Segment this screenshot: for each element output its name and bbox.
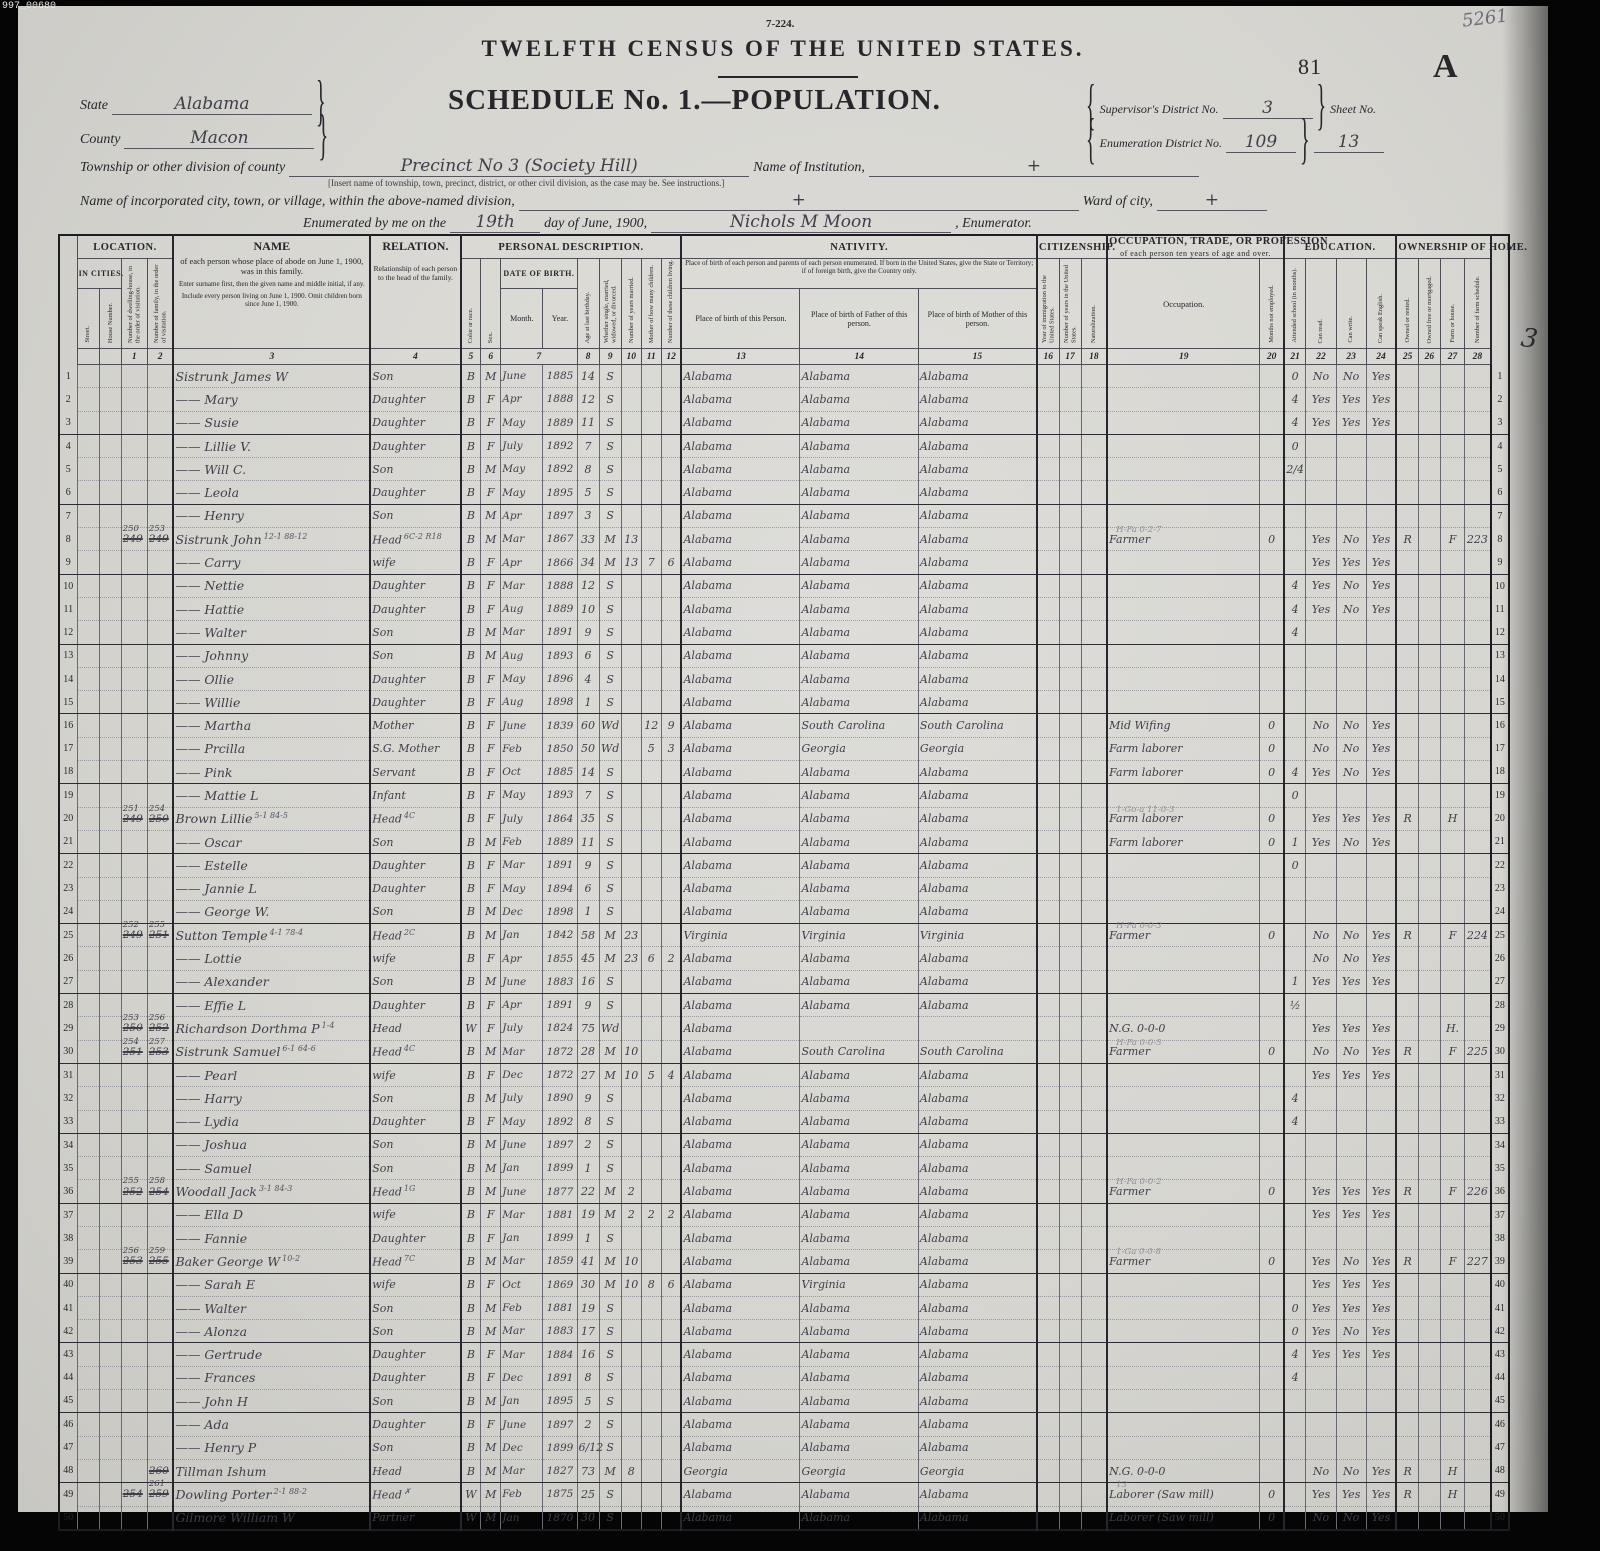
cell-color: B bbox=[461, 365, 481, 388]
cell-birthplace-person: Alabama bbox=[681, 737, 799, 760]
ward-label: Ward of city, bbox=[1083, 194, 1153, 209]
cell-age: 8 bbox=[577, 1366, 599, 1389]
col-header-age: Age at last birthday. bbox=[577, 259, 599, 349]
cell-name: —— Hattie bbox=[173, 597, 370, 620]
row-number-left: 8 bbox=[59, 528, 77, 551]
cell-months-not-employed bbox=[1260, 1436, 1284, 1459]
cell-owned-free bbox=[1418, 1296, 1440, 1319]
col-header-occupation-group: OCCUPATION, TRADE, OR PROFESSION of each… bbox=[1107, 235, 1284, 259]
cell-occupation bbox=[1107, 947, 1260, 970]
cell-dwelling-number bbox=[121, 1110, 147, 1133]
cell-owned-free bbox=[1418, 1087, 1440, 1110]
cell-name: —— Lottie bbox=[173, 947, 370, 970]
cell-birthplace-person: Alabama bbox=[681, 1483, 799, 1506]
cell-months-not-employed bbox=[1260, 1203, 1284, 1226]
cell-farm-schedule bbox=[1465, 1017, 1491, 1040]
cell-family-number bbox=[147, 1296, 173, 1319]
row-number-right: 1 bbox=[1491, 365, 1509, 388]
column-number: 13 bbox=[681, 349, 799, 365]
col-header-can-speak-english: Can speak English. bbox=[1366, 259, 1396, 349]
cell-age: 19 bbox=[577, 1296, 599, 1319]
cell-years-married bbox=[621, 504, 641, 527]
cell-months-not-employed bbox=[1260, 644, 1284, 667]
table-row: 48260Tillman IshumHeadBMMar182773M8Georg… bbox=[59, 1459, 1509, 1482]
cell-birthplace-person: Alabama bbox=[681, 388, 799, 411]
cell-farm-schedule bbox=[1465, 691, 1491, 714]
cell-children-living bbox=[661, 644, 681, 667]
cell-farm-schedule bbox=[1465, 1063, 1491, 1086]
cell-children-living bbox=[661, 877, 681, 900]
cell-relation: Son bbox=[370, 365, 460, 388]
cell-relation: Daughter bbox=[370, 1343, 460, 1366]
cell-birthplace-person: Alabama bbox=[681, 1133, 799, 1156]
cell-color: B bbox=[461, 667, 481, 690]
cell-can-read bbox=[1306, 784, 1336, 807]
cell-farm-or-house bbox=[1440, 1506, 1464, 1530]
cell-sex: M bbox=[481, 1040, 501, 1063]
schedule-title: SCHEDULE No. 1.—POPULATION. bbox=[448, 84, 941, 117]
cell-children-living bbox=[661, 1390, 681, 1413]
cell-birth-year: 1898 bbox=[543, 691, 577, 714]
cell-can-write: No bbox=[1336, 947, 1366, 970]
cell-relation: Son bbox=[370, 1296, 460, 1319]
cell-naturalization bbox=[1081, 458, 1107, 481]
cell-dwelling-number bbox=[121, 1506, 147, 1530]
cell-naturalization bbox=[1081, 411, 1107, 434]
population-schedule-table: LOCATION. NAME of each person whose plac… bbox=[58, 234, 1510, 1531]
cell-birth-year: 1883 bbox=[543, 1320, 577, 1343]
row-number-right: 8 bbox=[1491, 528, 1509, 551]
cell-family-number bbox=[147, 947, 173, 970]
row-number-right: 33 bbox=[1491, 1110, 1509, 1133]
cell-color: B bbox=[461, 574, 481, 597]
column-number: 16 bbox=[1037, 349, 1059, 365]
cell-naturalization bbox=[1081, 1110, 1107, 1133]
pencil-scribble: 5261 bbox=[1461, 5, 1509, 31]
cell-children-living: 9 bbox=[661, 714, 681, 737]
cell-birth-month: Oct bbox=[501, 761, 543, 784]
cell-marital: S bbox=[599, 994, 621, 1017]
cell-farm-schedule bbox=[1465, 737, 1491, 760]
cell-street bbox=[77, 597, 99, 620]
cell-years-in-us bbox=[1059, 1087, 1081, 1110]
row-number-left: 21 bbox=[59, 830, 77, 853]
cell-owned-free bbox=[1418, 994, 1440, 1017]
cell-birthplace-mother: Alabama bbox=[918, 1250, 1037, 1273]
cell-age: 28 bbox=[577, 1040, 599, 1063]
cell-can-write bbox=[1336, 1157, 1366, 1180]
cell-can-speak-english bbox=[1366, 667, 1396, 690]
cell-can-speak-english: Yes bbox=[1366, 1320, 1396, 1343]
cell-months-not-employed bbox=[1260, 1063, 1284, 1086]
cell-months-not-employed bbox=[1260, 434, 1284, 457]
cell-owned-or-rented bbox=[1396, 1157, 1418, 1180]
cell-children-living: 6 bbox=[661, 551, 681, 574]
cell-can-read bbox=[1306, 877, 1336, 900]
col-header-year: Year. bbox=[543, 289, 577, 349]
column-number: 21 bbox=[1284, 349, 1306, 365]
cell-years-in-us bbox=[1059, 644, 1081, 667]
cell-months-not-employed bbox=[1260, 970, 1284, 993]
row-number-left: 49 bbox=[59, 1483, 77, 1506]
cell-sex: F bbox=[481, 784, 501, 807]
cell-name: —— Leola bbox=[173, 481, 370, 504]
cell-years-in-us bbox=[1059, 365, 1081, 388]
cell-house-number bbox=[99, 458, 121, 481]
cell-relation: Head bbox=[370, 1459, 460, 1482]
cell-birthplace-father: Alabama bbox=[800, 784, 918, 807]
cell-owned-free bbox=[1418, 1203, 1440, 1226]
cell-farm-schedule bbox=[1465, 597, 1491, 620]
cell-owned-free bbox=[1418, 900, 1440, 923]
cell-birthplace-person: Alabama bbox=[681, 597, 799, 620]
cell-family-number bbox=[147, 1436, 173, 1459]
cell-attended-school bbox=[1284, 551, 1306, 574]
row-number-left: 6 bbox=[59, 481, 77, 504]
cell-can-read: Yes bbox=[1306, 761, 1336, 784]
cell-immigration-year bbox=[1037, 1226, 1059, 1249]
cell-birth-month: Mar bbox=[501, 1040, 543, 1063]
cell-farm-or-house bbox=[1440, 1296, 1464, 1319]
cell-years-in-us bbox=[1059, 830, 1081, 853]
cell-house-number bbox=[99, 1063, 121, 1086]
cell-farm-schedule bbox=[1465, 970, 1491, 993]
cell-children-living: 6 bbox=[661, 1273, 681, 1296]
cell-birthplace-mother: Alabama bbox=[918, 947, 1037, 970]
cell-owned-free bbox=[1418, 854, 1440, 877]
cell-birthplace-father: Alabama bbox=[800, 1413, 918, 1436]
cell-dwelling-number bbox=[121, 597, 147, 620]
row-number-left: 23 bbox=[59, 877, 77, 900]
cell-can-write bbox=[1336, 1413, 1366, 1436]
cell-house-number bbox=[99, 644, 121, 667]
cell-name: Richardson Dorthma P1-4 bbox=[173, 1017, 370, 1040]
cell-attended-school: 4 bbox=[1284, 411, 1306, 434]
row-number-left: 30 bbox=[59, 1040, 77, 1063]
cell-name: Sutton Temple4-1 78-4 bbox=[173, 924, 370, 947]
cell-can-speak-english: Yes bbox=[1366, 551, 1396, 574]
cell-children-living bbox=[661, 807, 681, 830]
cell-can-speak-english: Yes bbox=[1366, 597, 1396, 620]
col-header-nativity: NATIVITY. bbox=[681, 235, 1036, 259]
cell-can-write bbox=[1336, 644, 1366, 667]
cell-relation: wife bbox=[370, 1273, 460, 1296]
cell-can-speak-english bbox=[1366, 1413, 1396, 1436]
cell-birthplace-father: Georgia bbox=[800, 1459, 918, 1482]
cell-immigration-year bbox=[1037, 1320, 1059, 1343]
cell-months-not-employed bbox=[1260, 667, 1284, 690]
cell-owned-or-rented bbox=[1396, 784, 1418, 807]
cell-months-not-employed bbox=[1260, 1133, 1284, 1156]
cell-relation: Daughter bbox=[370, 411, 460, 434]
cell-years-married bbox=[621, 1017, 641, 1040]
cell-mother-of: 7 bbox=[641, 551, 661, 574]
cell-naturalization bbox=[1081, 365, 1107, 388]
column-number: 25 bbox=[1396, 349, 1418, 365]
cell-years-in-us bbox=[1059, 481, 1081, 504]
cell-occupation: H-Fa 0-0-5Farmer bbox=[1107, 1040, 1260, 1063]
cell-immigration-year bbox=[1037, 1180, 1059, 1203]
cell-color: B bbox=[461, 1459, 481, 1482]
cell-family-number bbox=[147, 970, 173, 993]
cell-birth-month: June bbox=[501, 365, 543, 388]
cell-can-read: No bbox=[1306, 1040, 1336, 1063]
cell-street bbox=[77, 924, 99, 947]
column-number: 14 bbox=[800, 349, 918, 365]
cell-naturalization bbox=[1081, 924, 1107, 947]
cell-birth-year: 1842 bbox=[543, 924, 577, 947]
cell-farm-or-house bbox=[1440, 644, 1464, 667]
row-number-right: 34 bbox=[1491, 1133, 1509, 1156]
cell-mother-of bbox=[641, 1436, 661, 1459]
column-number: 20 bbox=[1260, 349, 1284, 365]
cell-farm-or-house bbox=[1440, 994, 1464, 1017]
cell-name: —— John H bbox=[173, 1390, 370, 1413]
cell-color: B bbox=[461, 1226, 481, 1249]
cell-family-number bbox=[147, 551, 173, 574]
cell-years-in-us bbox=[1059, 551, 1081, 574]
cell-birthplace-father: Alabama bbox=[800, 434, 918, 457]
row-number-right: 38 bbox=[1491, 1226, 1509, 1249]
cell-birthplace-father: Alabama bbox=[800, 970, 918, 993]
cell-immigration-year bbox=[1037, 1110, 1059, 1133]
cell-birthplace-mother: Alabama bbox=[918, 1413, 1037, 1436]
cell-name: —— Henry P bbox=[173, 1436, 370, 1459]
cell-age: 4 bbox=[577, 667, 599, 690]
cell-farm-schedule bbox=[1465, 1413, 1491, 1436]
cell-dwelling-number bbox=[121, 551, 147, 574]
col-header-dwelling-number: Number of dwelling-house, in the order o… bbox=[121, 259, 147, 349]
cell-months-not-employed: 0 bbox=[1260, 924, 1284, 947]
cell-age: 22 bbox=[577, 1180, 599, 1203]
cell-family-number bbox=[147, 761, 173, 784]
cell-naturalization bbox=[1081, 1273, 1107, 1296]
cell-birth-month: Jan bbox=[501, 1157, 543, 1180]
cell-naturalization bbox=[1081, 1087, 1107, 1110]
cell-house-number bbox=[99, 528, 121, 551]
cell-sex: M bbox=[481, 1157, 501, 1180]
cell-birthplace-mother: Alabama bbox=[918, 1203, 1037, 1226]
row-number-left: 45 bbox=[59, 1390, 77, 1413]
cell-owned-free bbox=[1418, 1157, 1440, 1180]
supervisor-district-label: Supervisor's District No. bbox=[1100, 102, 1219, 116]
row-number-left: 2 bbox=[59, 388, 77, 411]
enumeration-district-label: Enumeration District No. bbox=[1100, 136, 1222, 150]
cell-birth-year: 1881 bbox=[543, 1203, 577, 1226]
cell-age: 2 bbox=[577, 1413, 599, 1436]
cell-house-number bbox=[99, 1296, 121, 1319]
cell-farm-schedule bbox=[1465, 504, 1491, 527]
cell-can-read: Yes bbox=[1306, 528, 1336, 551]
row-number-left: 40 bbox=[59, 1273, 77, 1296]
row-number-left: 27 bbox=[59, 970, 77, 993]
cell-farm-or-house: F bbox=[1440, 528, 1464, 551]
cell-owned-free bbox=[1418, 761, 1440, 784]
cell-immigration-year bbox=[1037, 1436, 1059, 1459]
cell-months-not-employed bbox=[1260, 784, 1284, 807]
cell-children-living bbox=[661, 1320, 681, 1343]
cell-name: —— Will C. bbox=[173, 458, 370, 481]
cell-mother-of: 5 bbox=[641, 737, 661, 760]
cell-farm-or-house: H bbox=[1440, 1483, 1464, 1506]
cell-relation: Daughter bbox=[370, 994, 460, 1017]
cell-attended-school: 1 bbox=[1284, 970, 1306, 993]
cell-mother-of bbox=[641, 1110, 661, 1133]
cell-birth-year: 1855 bbox=[543, 947, 577, 970]
cell-relation: Head4C bbox=[370, 1040, 460, 1063]
cell-can-write bbox=[1336, 1390, 1366, 1413]
cell-owned-or-rented bbox=[1396, 1087, 1418, 1110]
cell-sex: F bbox=[481, 1017, 501, 1040]
column-number: 18 bbox=[1081, 349, 1107, 365]
cell-owned-free bbox=[1418, 737, 1440, 760]
row-number-right: 39 bbox=[1491, 1250, 1509, 1273]
cell-can-write bbox=[1336, 1087, 1366, 1110]
cell-months-not-employed bbox=[1260, 504, 1284, 527]
cell-can-read: Yes bbox=[1306, 1483, 1336, 1506]
cell-years-in-us bbox=[1059, 1459, 1081, 1482]
cell-can-read: Yes bbox=[1306, 1343, 1336, 1366]
cell-house-number bbox=[99, 388, 121, 411]
cell-birthplace-person: Alabama bbox=[681, 1366, 799, 1389]
cell-relation: Son bbox=[370, 1390, 460, 1413]
col-header-can-write: Can write. bbox=[1336, 259, 1366, 349]
cell-sex: M bbox=[481, 1087, 501, 1110]
cell-sex: F bbox=[481, 1203, 501, 1226]
cell-naturalization bbox=[1081, 1506, 1107, 1530]
cell-age: 14 bbox=[577, 761, 599, 784]
cell-children-living bbox=[661, 458, 681, 481]
cell-mother-of bbox=[641, 1506, 661, 1530]
cell-occupation bbox=[1107, 1157, 1260, 1180]
cell-owned-or-rented: R bbox=[1396, 1250, 1418, 1273]
cell-birthplace-person: Alabama bbox=[681, 574, 799, 597]
row-number-left: 44 bbox=[59, 1366, 77, 1389]
column-number: 9 bbox=[599, 349, 621, 365]
cell-can-read bbox=[1306, 458, 1336, 481]
cell-marital: Wd bbox=[599, 1017, 621, 1040]
row-number-right: 9 bbox=[1491, 551, 1509, 574]
cell-birthplace-person: Alabama bbox=[681, 830, 799, 853]
row-number-left: 35 bbox=[59, 1157, 77, 1180]
cell-immigration-year bbox=[1037, 714, 1059, 737]
cell-immigration-year bbox=[1037, 1413, 1059, 1436]
cell-birth-month: Apr bbox=[501, 947, 543, 970]
margin-note: 3 bbox=[1519, 323, 1540, 355]
cell-mother-of bbox=[641, 574, 661, 597]
cell-age: 41 bbox=[577, 1250, 599, 1273]
cell-farm-or-house: F bbox=[1440, 1250, 1464, 1273]
cell-can-read bbox=[1306, 1226, 1336, 1249]
cell-naturalization bbox=[1081, 1436, 1107, 1459]
cell-owned-free bbox=[1418, 411, 1440, 434]
cell-relation: Daughter bbox=[370, 691, 460, 714]
table-row: 49254261259Dowling Porter2-1 88-2Head✗WM… bbox=[59, 1483, 1509, 1506]
cell-can-speak-english: Yes bbox=[1366, 1040, 1396, 1063]
cell-birth-month: Oct bbox=[501, 1273, 543, 1296]
cell-marital: M bbox=[599, 1273, 621, 1296]
cell-owned-or-rented: R bbox=[1396, 1483, 1418, 1506]
col-header-years-married: Number of years married. bbox=[621, 259, 641, 349]
cell-can-speak-english: Yes bbox=[1366, 1273, 1396, 1296]
cell-years-married: 10 bbox=[621, 1063, 641, 1086]
cell-color: B bbox=[461, 1320, 481, 1343]
cell-owned-free bbox=[1418, 528, 1440, 551]
table-row: 18—— PinkServantBFOct188514SAlabamaAlaba… bbox=[59, 761, 1509, 784]
cell-immigration-year bbox=[1037, 994, 1059, 1017]
row-number-left: 13 bbox=[59, 644, 77, 667]
cell-owned-or-rented bbox=[1396, 1296, 1418, 1319]
cell-birthplace-mother: Alabama bbox=[918, 528, 1037, 551]
cell-can-write: Yes bbox=[1336, 1296, 1366, 1319]
col-header-family-number: Number of family, in the order of visita… bbox=[147, 259, 173, 349]
cell-street bbox=[77, 621, 99, 644]
cell-street bbox=[77, 1320, 99, 1343]
cell-owned-free bbox=[1418, 1040, 1440, 1063]
cell-occupation bbox=[1107, 854, 1260, 877]
row-number-right: 41 bbox=[1491, 1296, 1509, 1319]
cell-dwelling-number bbox=[121, 1320, 147, 1343]
cell-birth-month: May bbox=[501, 1110, 543, 1133]
cell-farm-schedule bbox=[1465, 854, 1491, 877]
cell-mother-of bbox=[641, 528, 661, 551]
cell-farm-or-house bbox=[1440, 761, 1464, 784]
state-label: State bbox=[80, 98, 108, 113]
cell-attended-school: 0 bbox=[1284, 854, 1306, 877]
cell-house-number bbox=[99, 784, 121, 807]
table-row: 5—— Will C.SonBMMay18928SAlabamaAlabamaA… bbox=[59, 458, 1509, 481]
cell-sex: F bbox=[481, 854, 501, 877]
cell-can-read: No bbox=[1306, 947, 1336, 970]
cell-sex: F bbox=[481, 947, 501, 970]
cell-street bbox=[77, 551, 99, 574]
cell-owned-or-rented bbox=[1396, 1133, 1418, 1156]
row-number-right: 15 bbox=[1491, 691, 1509, 714]
cell-color: B bbox=[461, 761, 481, 784]
cell-occupation bbox=[1107, 1133, 1260, 1156]
cell-farm-schedule: 226 bbox=[1465, 1180, 1491, 1203]
cell-attended-school bbox=[1284, 528, 1306, 551]
cell-can-speak-english: Yes bbox=[1366, 411, 1396, 434]
cell-attended-school: ½ bbox=[1284, 994, 1306, 1017]
cell-can-read bbox=[1306, 434, 1336, 457]
cell-birth-year: 1885 bbox=[543, 365, 577, 388]
cell-attended-school bbox=[1284, 947, 1306, 970]
cell-birth-year: 1892 bbox=[543, 1110, 577, 1133]
row-number-right: 7 bbox=[1491, 504, 1509, 527]
cell-name: —— Mattie L bbox=[173, 784, 370, 807]
cell-house-number bbox=[99, 1506, 121, 1530]
cell-owned-or-rented bbox=[1396, 1063, 1418, 1086]
cell-naturalization bbox=[1081, 970, 1107, 993]
cell-name: Sistrunk Samuel6-1 64-6 bbox=[173, 1040, 370, 1063]
cell-birthplace-person: Alabama bbox=[681, 411, 799, 434]
cell-birthplace-father: South Carolina bbox=[800, 1040, 918, 1063]
cell-relation: Daughter bbox=[370, 1226, 460, 1249]
cell-immigration-year bbox=[1037, 1133, 1059, 1156]
cell-street bbox=[77, 830, 99, 853]
cell-farm-or-house bbox=[1440, 365, 1464, 388]
table-row: 30254251257253Sistrunk Samuel6-1 64-6Hea… bbox=[59, 1040, 1509, 1063]
table-row: 10—— NettieDaughterBFMar188812SAlabamaAl… bbox=[59, 574, 1509, 597]
cell-attended-school bbox=[1284, 1250, 1306, 1273]
cell-attended-school bbox=[1284, 877, 1306, 900]
cell-marital: M bbox=[599, 1040, 621, 1063]
cell-owned-or-rented bbox=[1396, 970, 1418, 993]
cell-house-number bbox=[99, 714, 121, 737]
cell-color: B bbox=[461, 1180, 481, 1203]
cell-years-married bbox=[621, 388, 641, 411]
